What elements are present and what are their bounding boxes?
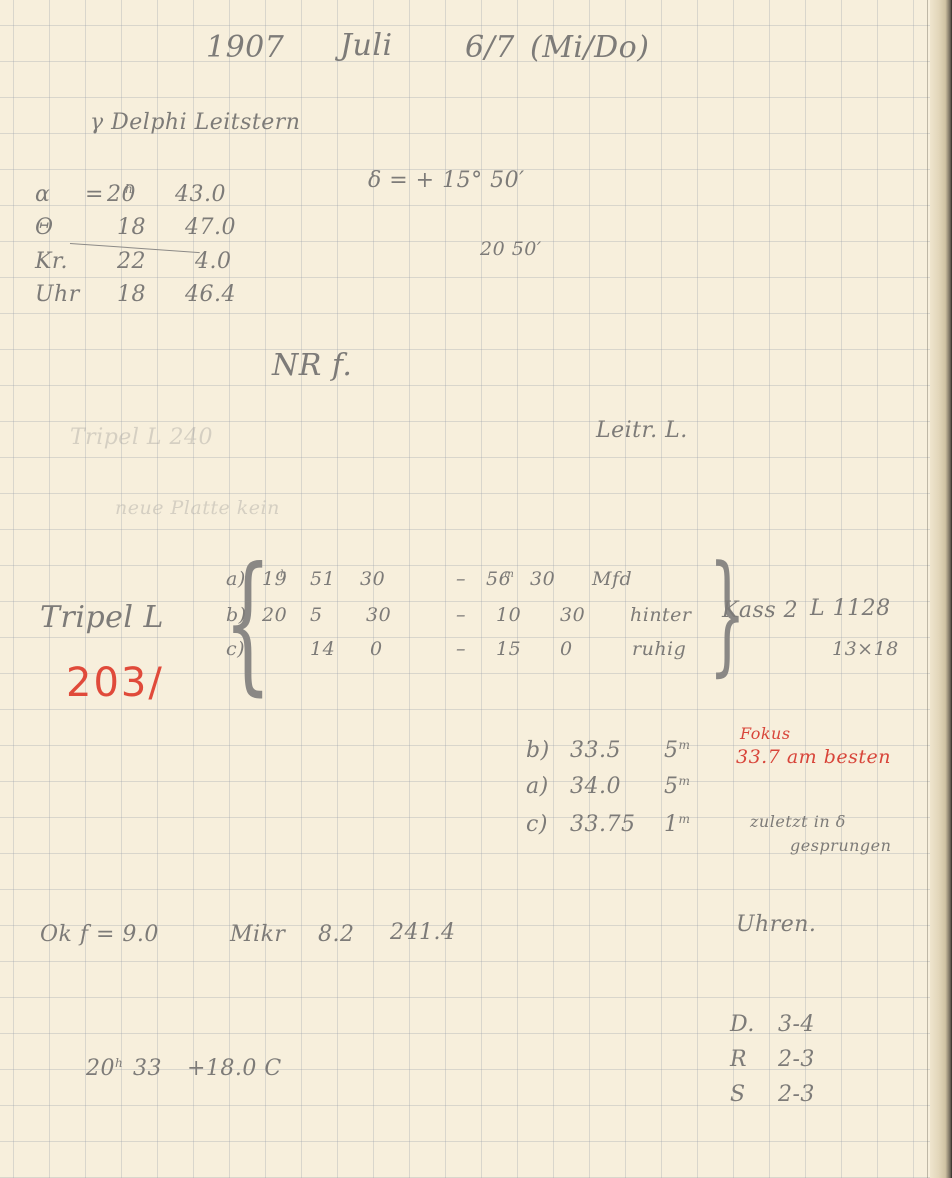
- exposure-start-m: 51: [310, 568, 360, 590]
- exposure-row-c: c) 14 0 – 15 0 ruhig: [226, 638, 686, 660]
- notebook-page: 1907 Juli 6/7 (Mi/Do) γ Delphi Leitstern…: [0, 0, 952, 1178]
- time-hours: 18: [117, 282, 185, 307]
- focus-red-title: Fokus: [740, 724, 791, 743]
- uhren-row-value: 2-3: [778, 1047, 815, 1072]
- exposure-row-a: a) 19 h 51 30 – 56 m 30 Mfd: [226, 568, 632, 590]
- focus-unit: m: [679, 812, 691, 837]
- time-hours: 22: [117, 249, 195, 274]
- time-row-label: Kr.: [35, 249, 117, 274]
- uhren-row-label: D.: [730, 1012, 778, 1037]
- focus-value: 34.0: [570, 774, 664, 799]
- mikr-value: 8.2: [318, 922, 355, 947]
- focus-value: 33.75: [570, 812, 664, 837]
- focus-c-note: gesprungen: [790, 836, 891, 855]
- object-title: γ Delphi Leitstern: [90, 110, 300, 135]
- exposure-end-m: 56: [486, 568, 504, 590]
- focus-value: 33.5: [570, 738, 664, 763]
- focus-row-a: a) 34.0 5 m: [526, 774, 690, 799]
- focus-unit: m: [679, 774, 691, 799]
- uhren-row-label: R: [730, 1047, 778, 1072]
- focus-unit: m: [679, 738, 691, 763]
- time-row-uhr: Uhr 18 46.4: [35, 282, 236, 307]
- tripel-label: Tripel L: [40, 600, 164, 635]
- ocular-label: Ok f = 9.0: [40, 922, 159, 947]
- exposure-start-h: 20: [262, 604, 310, 626]
- exposure-id: b): [226, 604, 262, 626]
- temperature-line: 20 h 33 +18.0 C: [86, 1056, 282, 1081]
- focus-id: a): [526, 774, 570, 799]
- exposure-end-m: 15: [496, 638, 560, 660]
- exposure-end-m: 10: [496, 604, 560, 626]
- exposure-end-s: 30: [560, 604, 630, 626]
- cassette-label: Kass 2: [722, 598, 798, 623]
- focus-c-note: zuletzt in δ: [750, 812, 846, 831]
- uhren-row-value: 2-3: [778, 1082, 815, 1107]
- declination-line: δ = + 15° 50′: [368, 168, 525, 193]
- exposure-row-b: b) 20 5 30 – 10 30 hinter: [226, 604, 692, 626]
- mikr-label: Mikr: [230, 922, 285, 947]
- time-row-label: α: [35, 182, 85, 207]
- exposure-start-m: 5: [310, 604, 366, 626]
- time-row-label: Θ: [35, 215, 117, 240]
- time-row-alpha: α = 20 h 43.0: [35, 182, 226, 207]
- temperature-time: 20: [86, 1056, 115, 1081]
- exposure-end-s: 0: [560, 638, 632, 660]
- focus-exp: 5: [664, 738, 679, 763]
- exposure-start-s: 30: [360, 568, 456, 590]
- time-row-theta: Θ 18 47.0: [35, 215, 236, 240]
- time-hours: 20: [107, 182, 125, 207]
- focus-exp: 1: [664, 812, 679, 837]
- uhren-row-value: 3-4: [778, 1012, 815, 1037]
- leitstern-label: Leitr. L.: [596, 418, 688, 443]
- focus-exp: 5: [664, 774, 679, 799]
- exposure-start-s: 30: [366, 604, 456, 626]
- book-binding-edge: [930, 0, 952, 1178]
- bleedthrough-text: neue Platte kein: [115, 497, 280, 519]
- time-minutes: 47.0: [185, 215, 236, 240]
- temperature-minutes: 33: [133, 1056, 187, 1081]
- uhren-row: S 2-3: [730, 1082, 815, 1107]
- header-weekday: (Mi/Do): [530, 30, 649, 65]
- mikr-reading: 241.4: [390, 920, 455, 945]
- exposure-start-m: 14: [310, 638, 370, 660]
- declination-second: 20 50′: [480, 238, 542, 260]
- time-minutes: 43.0: [175, 182, 226, 207]
- focus-id: c): [526, 812, 570, 837]
- time-hours-unit: h: [125, 182, 175, 207]
- exposure-end-s: 30: [530, 568, 592, 590]
- exposure-id: c): [226, 638, 310, 660]
- exposure-start-h: 19: [262, 568, 280, 590]
- uhren-row: D. 3-4: [730, 1012, 815, 1037]
- temperature-time-unit: h: [115, 1056, 133, 1081]
- plate-size: 13×18: [832, 638, 899, 660]
- time-row-label: Uhr: [35, 282, 117, 307]
- equals-sign: =: [85, 182, 107, 207]
- plate-id: L 1128: [810, 596, 891, 621]
- uhren-label: Uhren.: [736, 912, 816, 937]
- temperature-value: +18.0 C: [187, 1056, 282, 1081]
- exposure-id: a): [226, 568, 262, 590]
- header-month: Juli: [340, 28, 393, 63]
- time-minutes: 4.0: [195, 249, 232, 274]
- exposure-note: Mfd: [592, 568, 632, 590]
- exposure-end-unit: m: [504, 568, 530, 590]
- exposure-start-unit: h: [280, 568, 310, 590]
- time-row-kr: Kr. 22 4.0: [35, 249, 232, 274]
- focus-red-value: 33.7 am besten: [736, 746, 891, 768]
- uhren-row-label: S: [730, 1082, 778, 1107]
- header-year: 1907: [206, 30, 284, 65]
- exposure-start-s: 0: [370, 638, 456, 660]
- focus-row-c: c) 33.75 1 m: [526, 812, 690, 837]
- uhren-row: R 2-3: [730, 1047, 815, 1072]
- bleedthrough-text: Tripel L 240: [70, 425, 213, 450]
- time-minutes: 46.4: [185, 282, 236, 307]
- focus-row-b: b) 33.5 5 m: [526, 738, 690, 763]
- focus-id: b): [526, 738, 570, 763]
- header-date: 6/7: [465, 30, 515, 65]
- page-margin-line: [927, 0, 928, 1178]
- plate-number-red: 203/: [66, 660, 164, 706]
- exposure-note: hinter: [630, 604, 692, 626]
- time-hours: 18: [117, 215, 185, 240]
- nr-label: NR f.: [272, 348, 352, 383]
- exposure-note: ruhig: [632, 638, 686, 660]
